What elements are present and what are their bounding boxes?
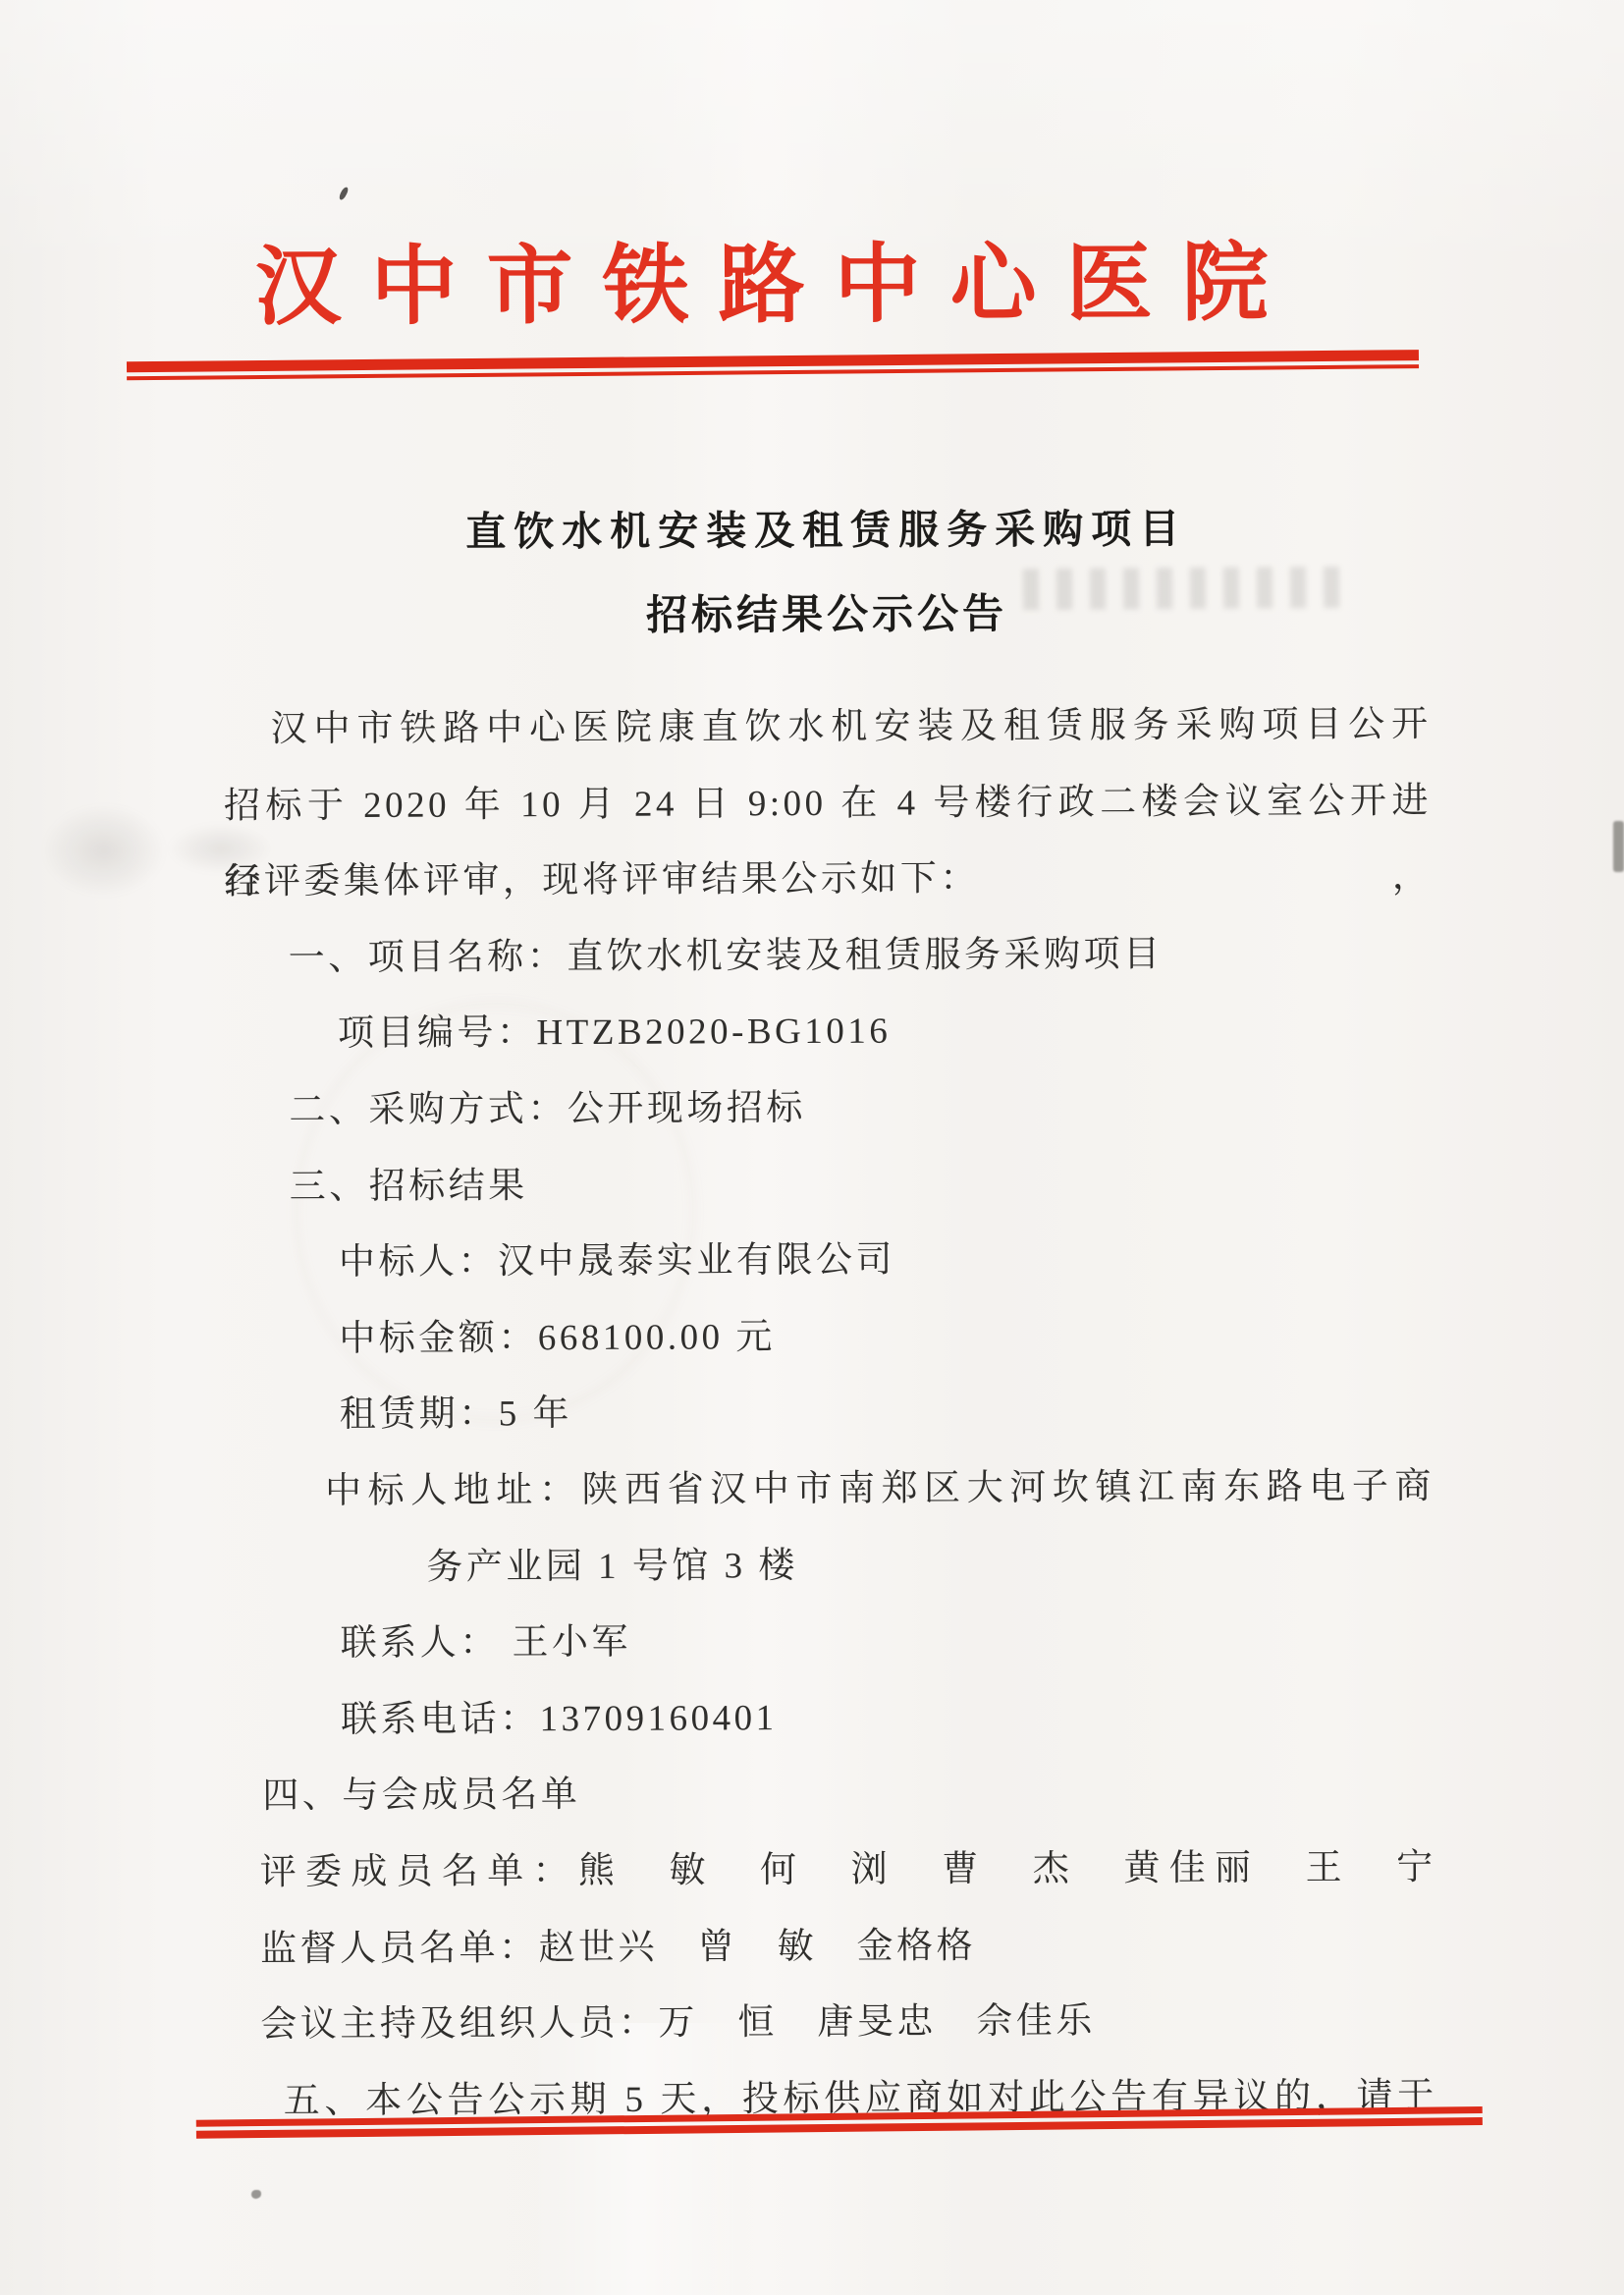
- judges-line: 评委成员名单：熊 敏 何 浏 曹 杰 黄佳丽 王 宁: [229, 1830, 1436, 1911]
- intro-line-2: 招标于 2020 年 10 月 24 日 9:00 在 4 号楼行政二楼会议室公…: [224, 763, 1432, 845]
- section-1-project-name: 一、项目名称：直饮水机安装及租赁服务采购项目: [224, 915, 1432, 997]
- supervisors-line: 监督人员名单：赵世兴 曾 敏 金格格: [229, 1906, 1436, 1988]
- section-2-procurement-method: 二、采购方式：公开现场招标: [225, 1067, 1433, 1149]
- intro-line-1: 汉中市铁路中心医院康直饮水机安装及租赁服务采购项目公开: [223, 686, 1431, 768]
- document-title-line1: 直饮水机安装及租赁服务采购项目: [223, 492, 1431, 568]
- project-number-line: 项目编号：HTZB2020-BG1016: [225, 992, 1433, 1073]
- winner-line: 中标人：汉中晟泰实业有限公司: [226, 1220, 1434, 1301]
- winner-address-line-2: 务产业园 1 号馆 3 楼: [227, 1525, 1435, 1607]
- letterhead-hospital-name: 汉中市铁路中心医院: [123, 233, 1429, 341]
- document-body: 汉中市铁路中心医院康直饮水机安装及租赁服务采购项目公开 招标于 2020 年 1…: [223, 686, 1436, 2140]
- scanned-document-page: 汉中市铁路中心医院 直饮水机安装及租赁服务采购项目 招标结果公示公告 汉中市铁路…: [0, 0, 1624, 2295]
- section-4-attendees: 四、与会成员名单: [228, 1754, 1435, 1835]
- lease-term-line: 租赁期：5 年: [227, 1373, 1435, 1454]
- amount-line: 中标金额：668100.00 元: [226, 1296, 1434, 1378]
- winner-address-line-1: 中标人地址：陕西省汉中市南郑区大河坎镇江南东路电子商: [227, 1448, 1435, 1530]
- contact-person-line: 联系人： 王小军: [228, 1601, 1435, 1682]
- document-content: 汉中市铁路中心医院 直饮水机安装及租赁服务采购项目 招标结果公示公告 汉中市铁路…: [0, 0, 1624, 2295]
- section-3-bid-result: 三、招标结果: [225, 1144, 1433, 1226]
- document-title-line2: 招标结果公示公告: [223, 577, 1431, 653]
- contact-phone-line: 联系电话：13709160401: [228, 1677, 1435, 1759]
- hosts-line: 会议主持及组织人员：万 恒 唐旻忠 佘佳乐: [229, 1982, 1436, 2063]
- letterhead-double-rule: [127, 350, 1419, 380]
